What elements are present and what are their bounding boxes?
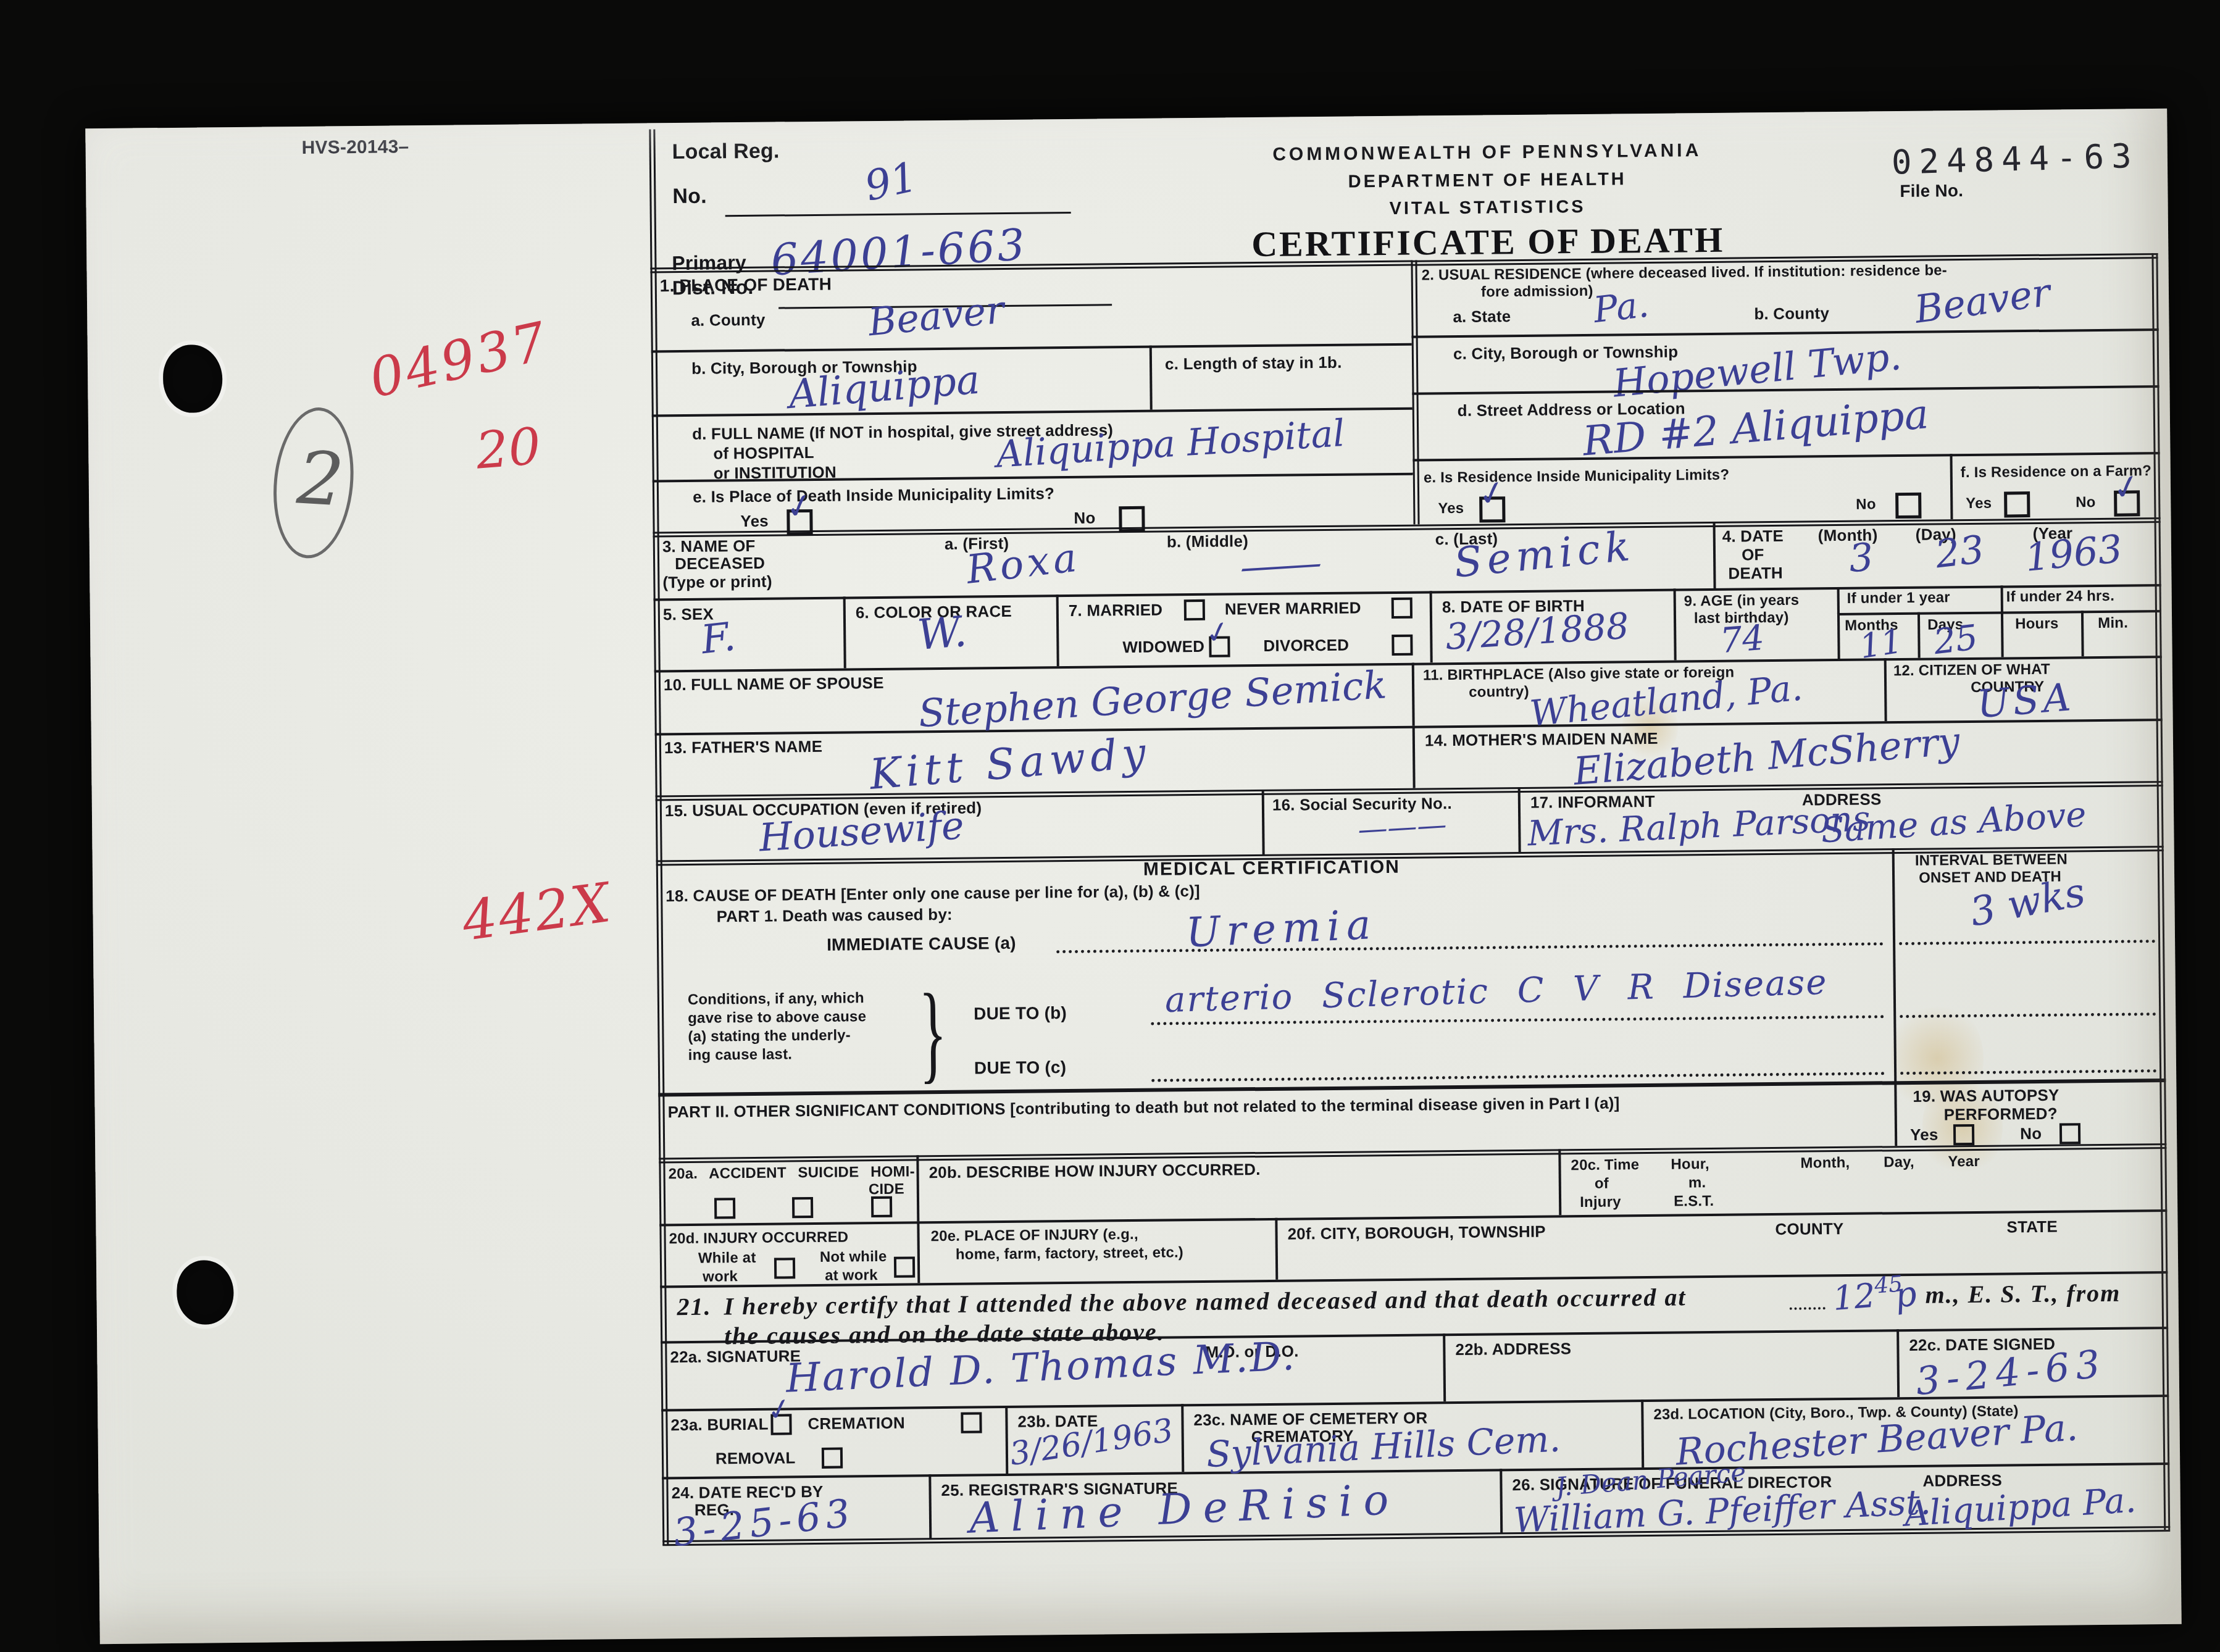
- s18-part1: PART 1. Death was caused by:: [716, 906, 952, 926]
- s18-cond2: gave rise to above cause: [688, 1009, 866, 1027]
- red-code-lower: 442X: [459, 875, 615, 949]
- s20c-mdy-label: Month, Day, Year: [1800, 1154, 1980, 1172]
- certificate-paper: HVS-20143– 2 04937 20 442X Local Reg. No…: [85, 109, 2181, 1644]
- s10-label: 10. FULL NAME OF SPOUSE: [664, 674, 884, 695]
- department-line: DEPARTMENT OF HEALTH: [1185, 168, 1790, 194]
- s23a-burial-label: 23a. BURIAL: [670, 1416, 769, 1435]
- s23a-removal-checkbox: [822, 1448, 843, 1469]
- s11-label2: country): [1469, 684, 1529, 701]
- s4-year-value: 1963: [2023, 530, 2124, 577]
- s8-value: 3/28/1888: [1445, 608, 1630, 655]
- s2e-yes-label: Yes: [1438, 501, 1464, 517]
- s21-number: 21.: [677, 1292, 711, 1322]
- s7-divorced-label: DIVORCED: [1263, 636, 1349, 655]
- s18-immediate-value: Uremia: [1185, 904, 1378, 954]
- s20f-state-label: STATE: [2006, 1218, 2058, 1237]
- divider: [1558, 1149, 1561, 1215]
- part2-label: PART II. OTHER SIGNIFICANT CONDITIONS [c…: [667, 1094, 1619, 1121]
- s4-title3: DEATH: [1728, 564, 1783, 583]
- red-code-top: 04937: [365, 315, 553, 406]
- s2f-yes-label: Yes: [1966, 496, 1992, 512]
- s15-value: Housewife: [758, 806, 966, 857]
- s3-title2: DECEASED: [675, 554, 765, 574]
- commonwealth-line: COMMONWEALTH OF PENNSYLVANIA: [1185, 140, 1790, 166]
- s22b-label: 22b. ADDRESS: [1455, 1340, 1571, 1359]
- s2f-no-label: No: [2076, 494, 2096, 511]
- divider-interval-column: [1892, 848, 1898, 1146]
- s9-value: 74: [1719, 621, 1765, 659]
- s4-title2: OF: [1742, 546, 1764, 564]
- local-reg-underline: [725, 212, 1071, 217]
- form-left-border: [649, 129, 669, 1545]
- divider-s1b-s1c: [1150, 346, 1153, 410]
- s20e-label2: home, farm, factory, street, etc.): [956, 1245, 1183, 1263]
- s9-label1: 9. AGE (in years: [1684, 593, 1800, 611]
- s19-label1: 19. WAS AUTOPSY: [1913, 1087, 2059, 1106]
- s20c-hour-label: Hour,: [1671, 1156, 1709, 1173]
- file-no-label: File No.: [1900, 181, 1963, 201]
- pencil-circled-number: 2: [295, 441, 346, 516]
- divider: [1262, 790, 1265, 854]
- s26-address-value: Aliquippa Pa.: [1904, 1483, 2137, 1532]
- s7-never-checkbox: [1392, 598, 1413, 619]
- rule: [1412, 328, 2159, 338]
- s7-married-checkbox: [1184, 599, 1205, 620]
- divider: [1413, 726, 1416, 788]
- s2a-label: a. State: [1453, 307, 1511, 326]
- s18-immediate-label: IMMEDIATE CAUSE (a): [827, 933, 1016, 954]
- dotted-leader: [1790, 1307, 1826, 1310]
- divider: [1500, 1469, 1503, 1533]
- s3-title3: (Type or print): [662, 573, 772, 592]
- s19-no-label: No: [2020, 1125, 2042, 1143]
- divider: [1917, 612, 1921, 658]
- s1a-value: Beaver: [867, 291, 1006, 342]
- s19-yes-checkbox: [1953, 1124, 1974, 1145]
- red-code-mid: 20: [474, 422, 543, 477]
- s1a-label: a. County: [691, 311, 766, 330]
- scanned-death-certificate: HVS-20143– 2 04937 20 442X Local Reg. No…: [0, 0, 2220, 1652]
- s9-under1-label: If under 1 year: [1847, 590, 1950, 607]
- divider: [928, 1474, 932, 1539]
- divider: [1430, 591, 1433, 662]
- s13-label: 13. FATHER'S NAME: [664, 738, 822, 757]
- s20f-label: 20f. CITY, BOROUGH, TOWNSHIP: [1287, 1223, 1546, 1243]
- s20c-label2: of: [1595, 1176, 1609, 1193]
- s26-address-label: ADDRESS: [1922, 1472, 2002, 1490]
- s2b-label: b. County: [1754, 304, 1829, 323]
- s2b-value: Beaver: [1913, 273, 2053, 329]
- s7-married-label: 7. MARRIED: [1069, 601, 1163, 620]
- s20c-label3: Injury: [1580, 1194, 1621, 1211]
- dotted-line-a: [1899, 940, 2155, 945]
- s2e-no-checkbox: [1895, 493, 1921, 519]
- s20f-county-label: COUNTY: [1775, 1220, 1843, 1238]
- divider: [1884, 658, 1887, 721]
- s1-title: 1. PLACE OF DEATH: [660, 275, 832, 296]
- s1e-no-label: No: [1074, 509, 1095, 527]
- s23a-cremation-label: CREMATION: [807, 1414, 905, 1433]
- s13-value: Kitt Sawdy: [868, 732, 1152, 796]
- s20a-label1: 20a. ACCIDENT SUICIDE HOMI-: [668, 1164, 914, 1183]
- divider-s3-s4: [1713, 522, 1716, 588]
- primary-dist-value: 64001-663: [770, 223, 1029, 282]
- s9-min-label: Min.: [2098, 615, 2128, 632]
- s20d-while-checkbox: [774, 1258, 795, 1279]
- form-number: HVS-20143–: [301, 136, 409, 158]
- s20a-suicide-checkbox: [792, 1197, 813, 1218]
- s3-title1: 3. NAME OF: [662, 537, 756, 556]
- s3a-value: Roxa: [964, 538, 1082, 590]
- divider: [1412, 663, 1415, 726]
- s21-p-mark: p: [1892, 1277, 1919, 1314]
- divider-s2e-s2f: [1950, 454, 1953, 519]
- s18-cond1: Conditions, if any, which: [688, 990, 864, 1009]
- s18-due-b-value: arterio Sclerotic C V R Disease: [1164, 966, 1828, 1018]
- s4-title1: 4. DATE: [1722, 527, 1784, 546]
- s23a-cremation-checkbox: [961, 1412, 982, 1433]
- s4-day-value: 23: [1934, 530, 1986, 574]
- s20a-accident-checkbox: [714, 1198, 735, 1219]
- s19-label2: PERFORMED?: [1944, 1105, 2058, 1124]
- file-number-stamp: 024844-63: [1891, 136, 2139, 182]
- divider: [1897, 1329, 1900, 1397]
- dotted-line-c: [1151, 1072, 1885, 1082]
- s12-value: USA: [1976, 678, 2076, 724]
- s9-hours-label: Hours: [2015, 616, 2059, 633]
- s20d-notwhile2: at work: [825, 1267, 878, 1285]
- dotted-line-a: [1056, 942, 1884, 953]
- s1d-label2: of HOSPITAL: [713, 444, 814, 463]
- s20d-label: 20d. INJURY OCCURRED: [669, 1229, 848, 1248]
- s20c-label1: 20c. Time: [1571, 1157, 1639, 1174]
- s1e-label: e. Is Place of Death Inside Municipality…: [693, 485, 1054, 506]
- rule: [651, 343, 1412, 353]
- divider: [843, 596, 846, 668]
- s20d-notwhile1: Not while: [820, 1249, 887, 1266]
- s1e-yes-label: Yes: [740, 512, 769, 531]
- divider: [1275, 1218, 1278, 1280]
- s5-value: F.: [699, 617, 738, 661]
- s20d-while1: While at: [698, 1250, 756, 1267]
- s1e-no-checkbox: [1119, 506, 1145, 532]
- divider: [1181, 1404, 1184, 1472]
- divider: [1443, 1333, 1446, 1401]
- s10-value: Stephen George Semick: [917, 665, 1388, 733]
- s4-month-value: 3: [1848, 538, 1875, 578]
- s23a-removal-label: REMOVAL: [716, 1449, 796, 1467]
- s20d-notwhile-checkbox: [894, 1256, 915, 1277]
- conditions-brace: }: [919, 977, 948, 1088]
- s3b-value: —: [1237, 544, 1325, 586]
- s16-value: ———: [1357, 809, 1448, 845]
- punch-hole-top: [163, 344, 223, 413]
- divider: [1518, 787, 1521, 852]
- s22a-label: 22a. SIGNATURE: [670, 1347, 801, 1366]
- s18-due-b-label: DUE TO (b): [974, 1003, 1067, 1024]
- s12-label1: 12. CITIZEN OF WHAT: [1893, 662, 2050, 680]
- s19-no-checkbox: [2059, 1123, 2080, 1144]
- punch-hole-bottom: [177, 1260, 234, 1325]
- divider: [2081, 611, 2084, 656]
- s2-title1: 2. USUAL RESIDENCE (where deceased lived…: [1422, 262, 1948, 284]
- divider: [1674, 589, 1677, 661]
- divider: [2001, 585, 2004, 657]
- divider: [1641, 1400, 1644, 1467]
- divider: [1056, 594, 1059, 666]
- s21-text1: I hereby certify that I attended the abo…: [724, 1282, 1686, 1320]
- s2e-label: e. Is Residence Inside Municipality Limi…: [1424, 467, 1730, 487]
- local-reg-label: Local Reg.: [672, 139, 780, 164]
- s7-never-label: NEVER MARRIED: [1225, 599, 1361, 618]
- s7-widowed-label: WIDOWED: [1122, 638, 1204, 656]
- s2-title2: fore admission): [1481, 283, 1593, 301]
- s7-divorced-checkbox: [1392, 635, 1413, 656]
- s18-cond4: ing cause last.: [688, 1046, 793, 1064]
- vital-statistics-line: VITAL STATISTICS: [1185, 195, 1790, 221]
- s20e-label1: 20e. PLACE OF INJURY (e.g.,: [930, 1227, 1138, 1245]
- s1c-label: c. Length of stay in 1b.: [1165, 354, 1342, 373]
- interval-label1: INTERVAL BETWEEN: [1915, 851, 2068, 869]
- s2a-value: Pa.: [1592, 286, 1650, 328]
- divider: [917, 1221, 920, 1283]
- s2e-no-label: No: [1856, 496, 1876, 513]
- s7-widowed-checkmark: ✓: [1202, 615, 1233, 650]
- s3b-label: b. (Middle): [1167, 532, 1248, 551]
- local-reg-value: 91: [861, 156, 920, 207]
- s9-months-value: 11: [1858, 625, 1905, 664]
- s9-days-value: 25: [1932, 620, 1979, 660]
- divider: [1837, 587, 1840, 659]
- s20d-while2: work: [703, 1269, 738, 1285]
- s19-yes-label: Yes: [1910, 1126, 1938, 1145]
- s21-time-hours: 12: [1831, 1276, 1877, 1318]
- s18-label: 18. CAUSE OF DEATH [Enter only one cause…: [666, 882, 1200, 905]
- s18-cond3: (a) stating the underly-: [688, 1027, 851, 1045]
- form-right-border: [2151, 253, 2170, 1530]
- s21-text2: m., E. S. T., from: [1925, 1279, 2121, 1309]
- s6-value: W.: [916, 611, 969, 657]
- rule: [1413, 452, 2160, 462]
- s20c-est-label: E.S.T.: [1674, 1193, 1714, 1211]
- s18-due-c-label: DUE TO (c): [974, 1058, 1067, 1078]
- s2f-yes-checkbox: [2004, 491, 2030, 517]
- s20b-label: 20b. DESCRIBE HOW INJURY OCCURRED.: [928, 1161, 1260, 1182]
- divider: [916, 1155, 919, 1221]
- no-label: No.: [672, 185, 707, 209]
- s9-under24-label: If under 24 hrs.: [2006, 588, 2115, 606]
- s20a-homicide-checkbox: [871, 1196, 892, 1217]
- s20c-m-label: m.: [1688, 1175, 1706, 1191]
